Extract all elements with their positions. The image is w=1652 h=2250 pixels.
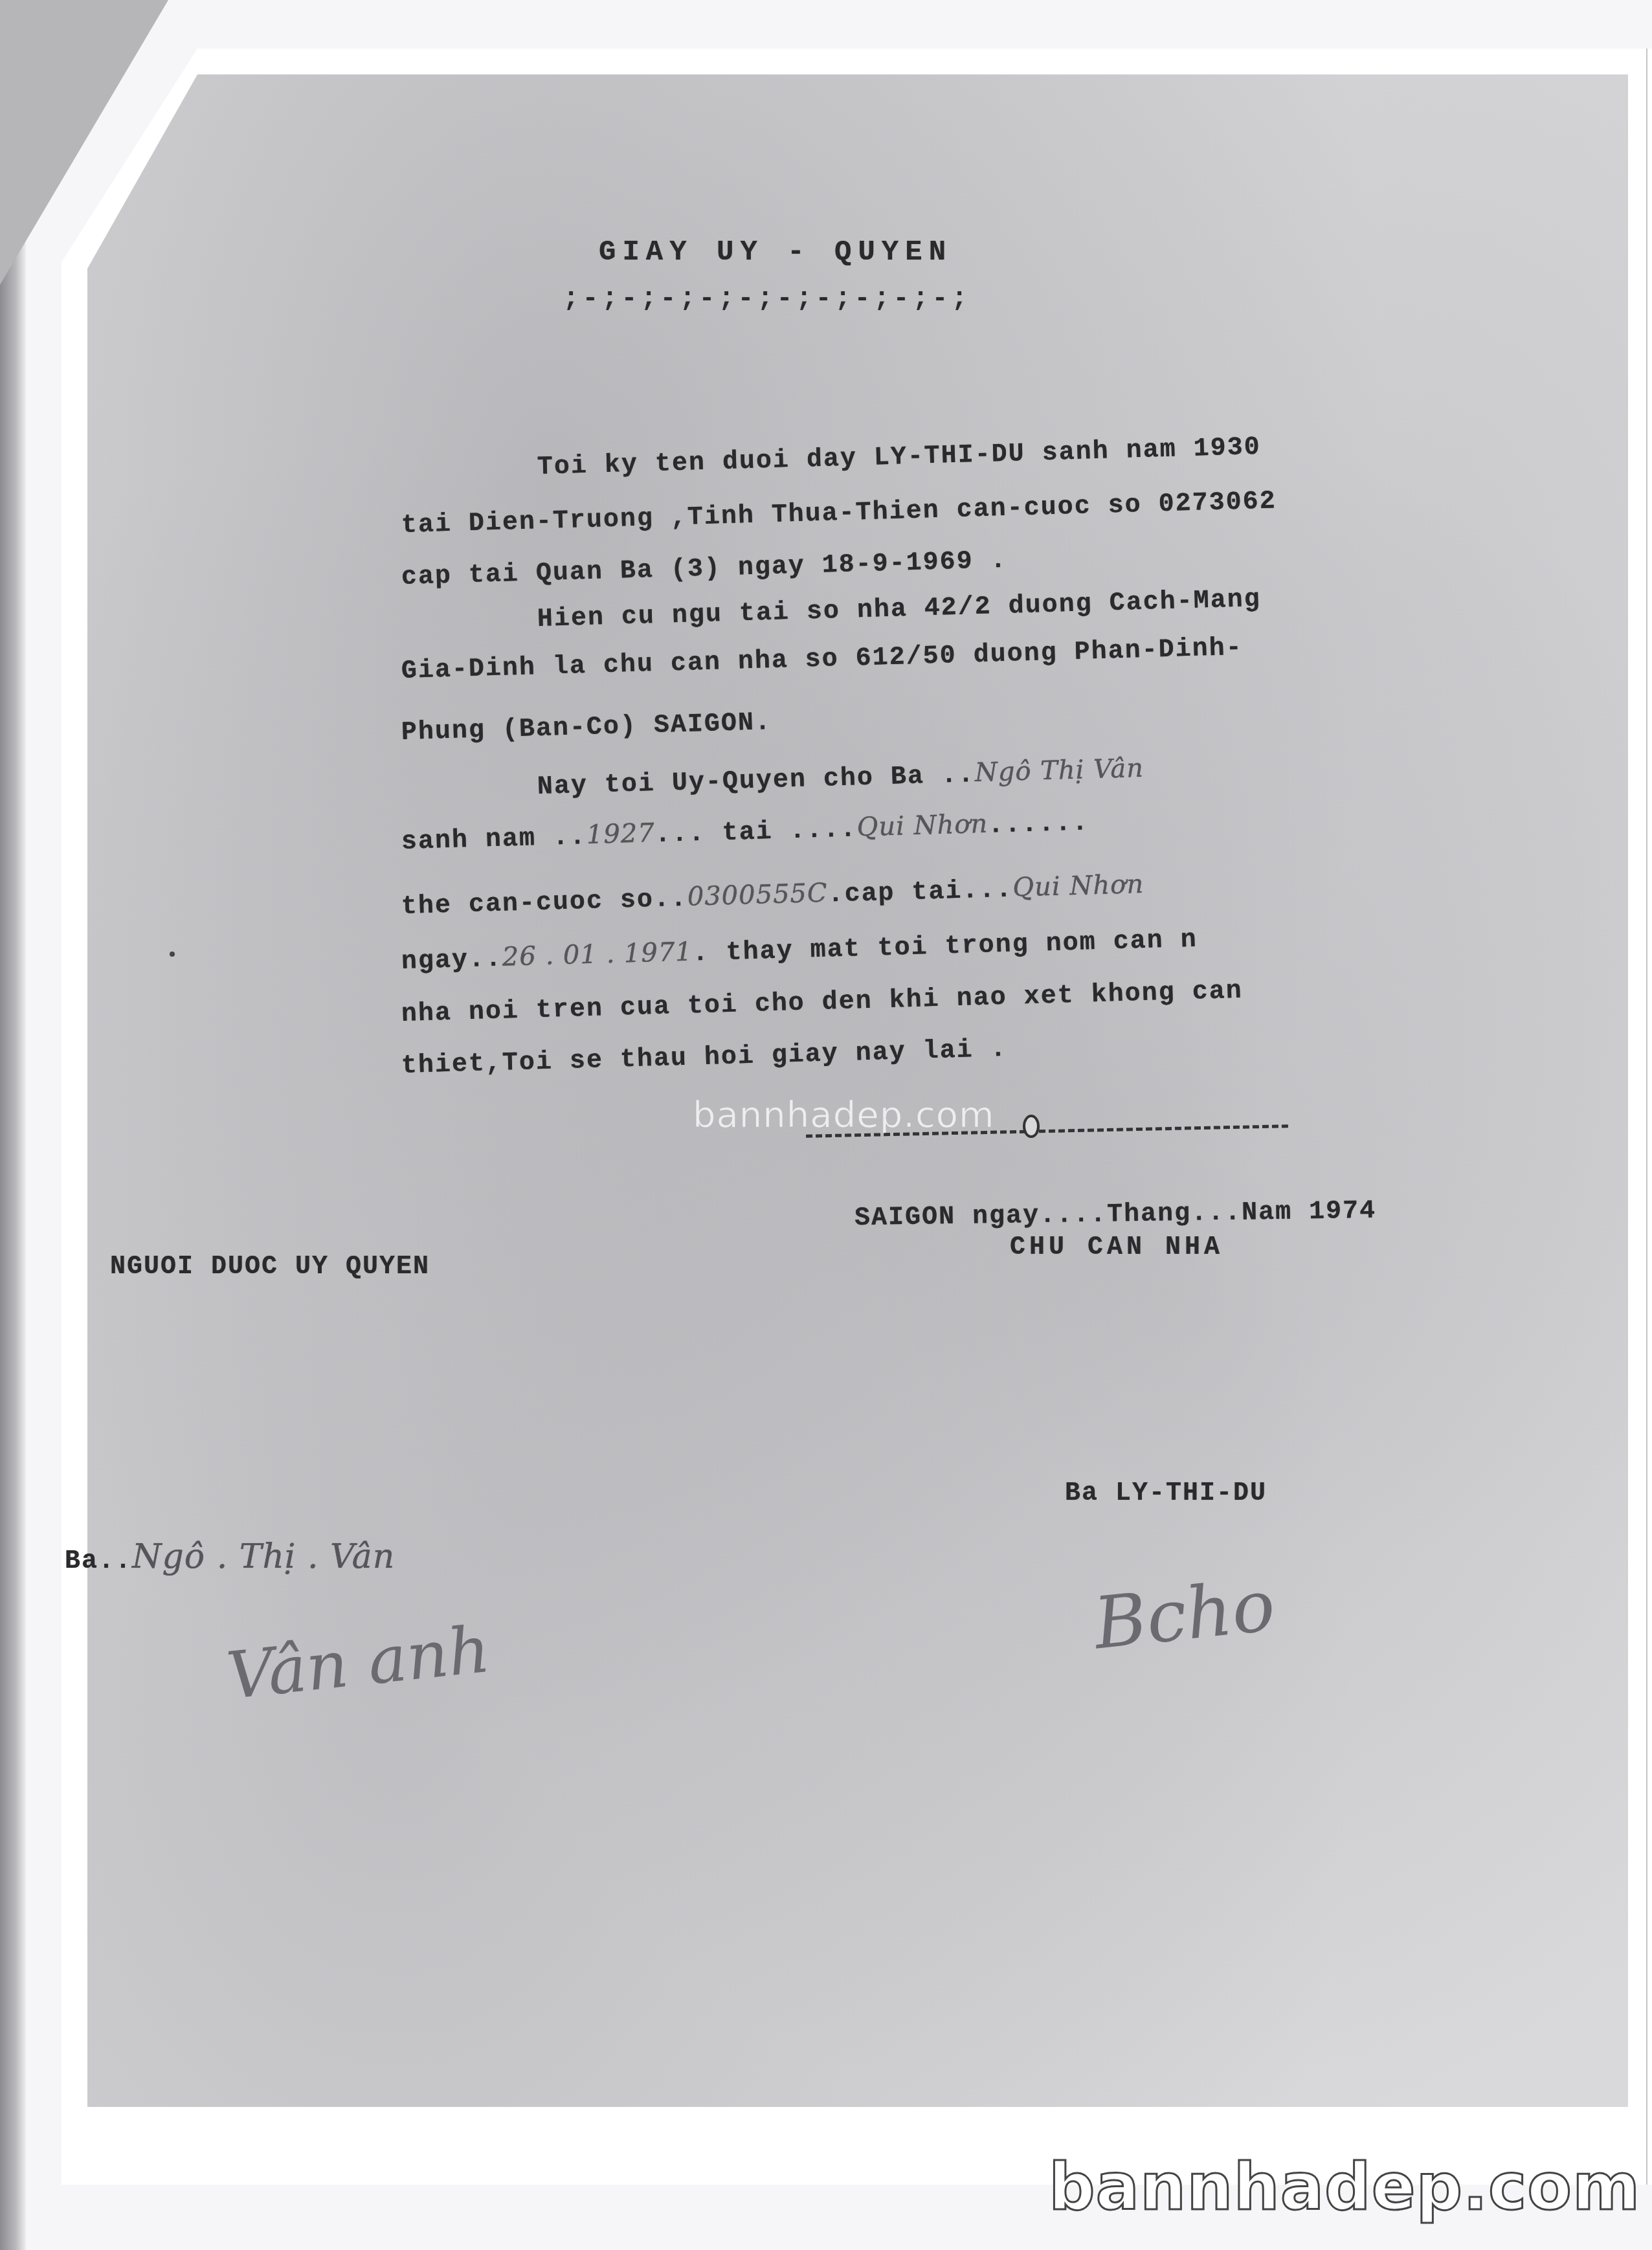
handwritten-birth-place: Qui Nhơn	[856, 809, 988, 843]
p3-line-4-text: ngay..	[401, 945, 502, 977]
grantee-name-line: Ba..Ngô . Thị . Vân	[65, 1537, 395, 1576]
inline-watermark: bannhadep.com	[693, 1094, 995, 1136]
p3-line-2-text: sanh nam ..	[401, 823, 586, 857]
stray-mark	[170, 952, 175, 957]
handwritten-id-number: 0300555C	[687, 878, 828, 912]
handwritten-issue-date: 26 . 01 . 1971	[502, 937, 693, 972]
document-title: GIAY UY - QUYEN	[599, 236, 952, 269]
owner-label: CHU CAN NHA	[1010, 1233, 1223, 1262]
p3-line-2-mid: ... tai ....	[654, 815, 857, 850]
paper-crease	[1646, 49, 1647, 2185]
divider-center-mark	[1023, 1115, 1040, 1138]
grantee-label: NGUOI DUOC UY QUYEN	[110, 1253, 430, 1282]
site-watermark: bannhadep.com	[1049, 2149, 1640, 2225]
owner-name: Ba LY-THI-DU	[1065, 1479, 1267, 1508]
title-ornament: ;-;-;-;-;-;-;-;-;-;-;	[563, 285, 971, 314]
grantee-prefix: Ba..	[65, 1547, 132, 1576]
p3-line-3-mid: .cap tai...	[827, 876, 1013, 910]
handwritten-issue-place: Qui Nhơn	[1012, 869, 1144, 903]
handwritten-birth-year: 1927	[586, 818, 655, 850]
handwritten-grantee-name: Ngô Thị Vân	[974, 753, 1144, 788]
photocopy-area	[87, 74, 1628, 2107]
scanner-bed-edge	[0, 0, 26, 2250]
grantee-name-handwritten: Ngô . Thị . Vân	[132, 1537, 395, 1576]
p3-line-2-suffix: ......	[988, 808, 1089, 840]
